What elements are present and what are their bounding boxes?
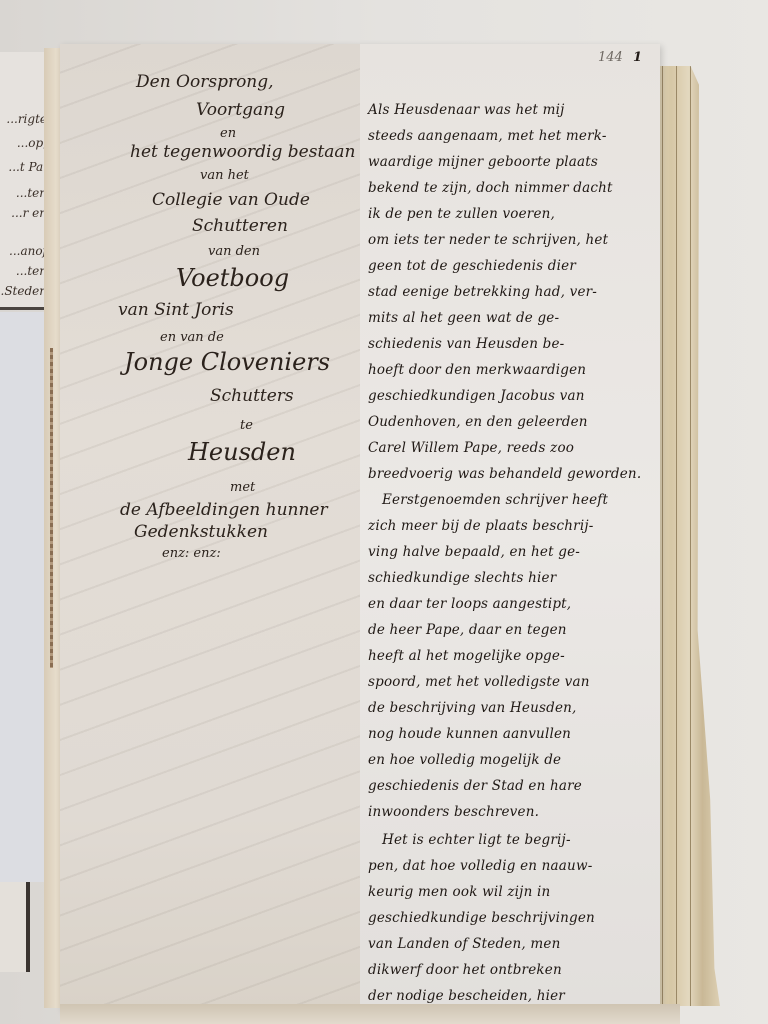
title-line: Jonge Cloveniers — [124, 348, 330, 376]
title-line: het tegenwoordig bestaan — [130, 142, 356, 162]
text-line: inwoonders beschreven. — [368, 804, 654, 820]
text-line: Als Heusdenaar was het mij — [368, 102, 654, 118]
text-line: steeds aangenaam, met het merk- — [368, 128, 654, 144]
title-line: Schutteren — [192, 216, 288, 236]
title-line: Voetboog — [176, 264, 289, 292]
title-line: van den — [208, 244, 260, 259]
text-line: Het is echter ligt te begrij- — [382, 832, 654, 848]
text-line: van Landen of Steden, men — [368, 936, 654, 952]
title-line: met — [230, 480, 255, 495]
title-line: Heusden — [188, 438, 296, 466]
title-line: Gedenkstukken — [134, 522, 268, 542]
title-line: te — [240, 418, 253, 433]
text-line: der nodige bescheiden, hier — [368, 988, 654, 1004]
text-line: heeft al het mogelijke opge- — [368, 648, 654, 664]
aged-page-stack — [650, 66, 720, 1006]
text-line: Oudenhoven, en den geleerden — [368, 414, 654, 430]
text-line: schiedkundige slechts hier — [368, 570, 654, 586]
title-line: Collegie van Oude — [152, 190, 310, 210]
text-line: geschiedenis der Stad en hare — [368, 778, 654, 794]
text-line: bekend te zijn, doch nimmer dacht — [368, 180, 654, 196]
text-line: dikwerf door het ontbreken — [368, 962, 654, 978]
title-line: Voortgang — [196, 100, 285, 120]
fragment-line: ...ten — [16, 264, 47, 278]
text-line: schiedenis van Heusden be- — [368, 336, 654, 352]
underlying-sheet-middle-left — [0, 312, 48, 882]
fragment-line: ...op, — [17, 136, 47, 150]
title-line: Den Oorsprong, — [136, 72, 274, 92]
text-line: breedvoerig was behandeld geworden. — [368, 466, 654, 482]
fragment-line: ...ten — [16, 186, 47, 200]
page-bottom-edge — [60, 1004, 680, 1024]
underlying-sheet-bottom-left — [0, 882, 30, 972]
text-line: geschiedkundigen Jacobus van — [368, 388, 654, 404]
text-line: Carel Willem Pape, reeds zoo — [368, 440, 654, 456]
text-line: waardige mijner geboorte plaats — [368, 154, 654, 170]
text-line: de heer Pape, daar en tegen — [368, 622, 654, 638]
fragment-line: ...anof — [9, 244, 47, 258]
text-line: en hoe volledig mogelijk de — [368, 752, 654, 768]
text-line: zich meer bij de plaats beschrij- — [368, 518, 654, 534]
title-line: van Sint Joris — [118, 300, 234, 320]
fragment-line: ...t Pa. — [8, 160, 47, 174]
title-line: enz: enz: — [162, 546, 221, 561]
title-line: de Afbeeldingen hunner — [120, 500, 328, 520]
text-line: nog houde kunnen aanvullen — [368, 726, 654, 742]
text-line: spoord, met het volledigste van — [368, 674, 654, 690]
text-line: mits al het geen wat de ge- — [368, 310, 654, 326]
text-line: geen tot de geschiedenis dier — [368, 258, 654, 274]
title-line: en — [220, 126, 236, 141]
text-line: ving halve bepaald, en het ge- — [368, 544, 654, 560]
text-line: hoeft door den merkwaardigen — [368, 362, 654, 378]
text-line: om iets ter neder te schrijven, het — [368, 232, 654, 248]
title-block: Den Oorsprong, Voortgang en het tegenwoo… — [60, 44, 360, 1010]
body-text: Als Heusdenaar was het mij steeds aangen… — [360, 44, 660, 1010]
text-line: en daar ter loops aangestipt, — [368, 596, 654, 612]
text-line: ik de pen te zullen voeren, — [368, 206, 654, 222]
title-line: van het — [200, 168, 249, 183]
fragment-line: ...rigte — [6, 112, 47, 126]
text-line: Eerstgenoemden schrijver heeft — [382, 492, 654, 508]
manuscript-page: 144 1 Den Oorsprong, Voortgang en het te… — [60, 44, 660, 1010]
text-line: stad eenige betrekking had, ver- — [368, 284, 654, 300]
title-line: Schutters — [210, 386, 294, 406]
title-line: en van de — [160, 330, 224, 345]
text-line: de beschrijving van Heusden, — [368, 700, 654, 716]
text-line: keurig men ook wil zijn in — [368, 884, 654, 900]
text-line: pen, dat hoe volledig en naauw- — [368, 858, 654, 874]
binding-thread — [50, 348, 53, 668]
text-line: geschiedkundige beschrijvingen — [368, 910, 654, 926]
fragment-line: ...r en — [11, 206, 47, 220]
fragment-line: ...Steden — [0, 284, 47, 298]
